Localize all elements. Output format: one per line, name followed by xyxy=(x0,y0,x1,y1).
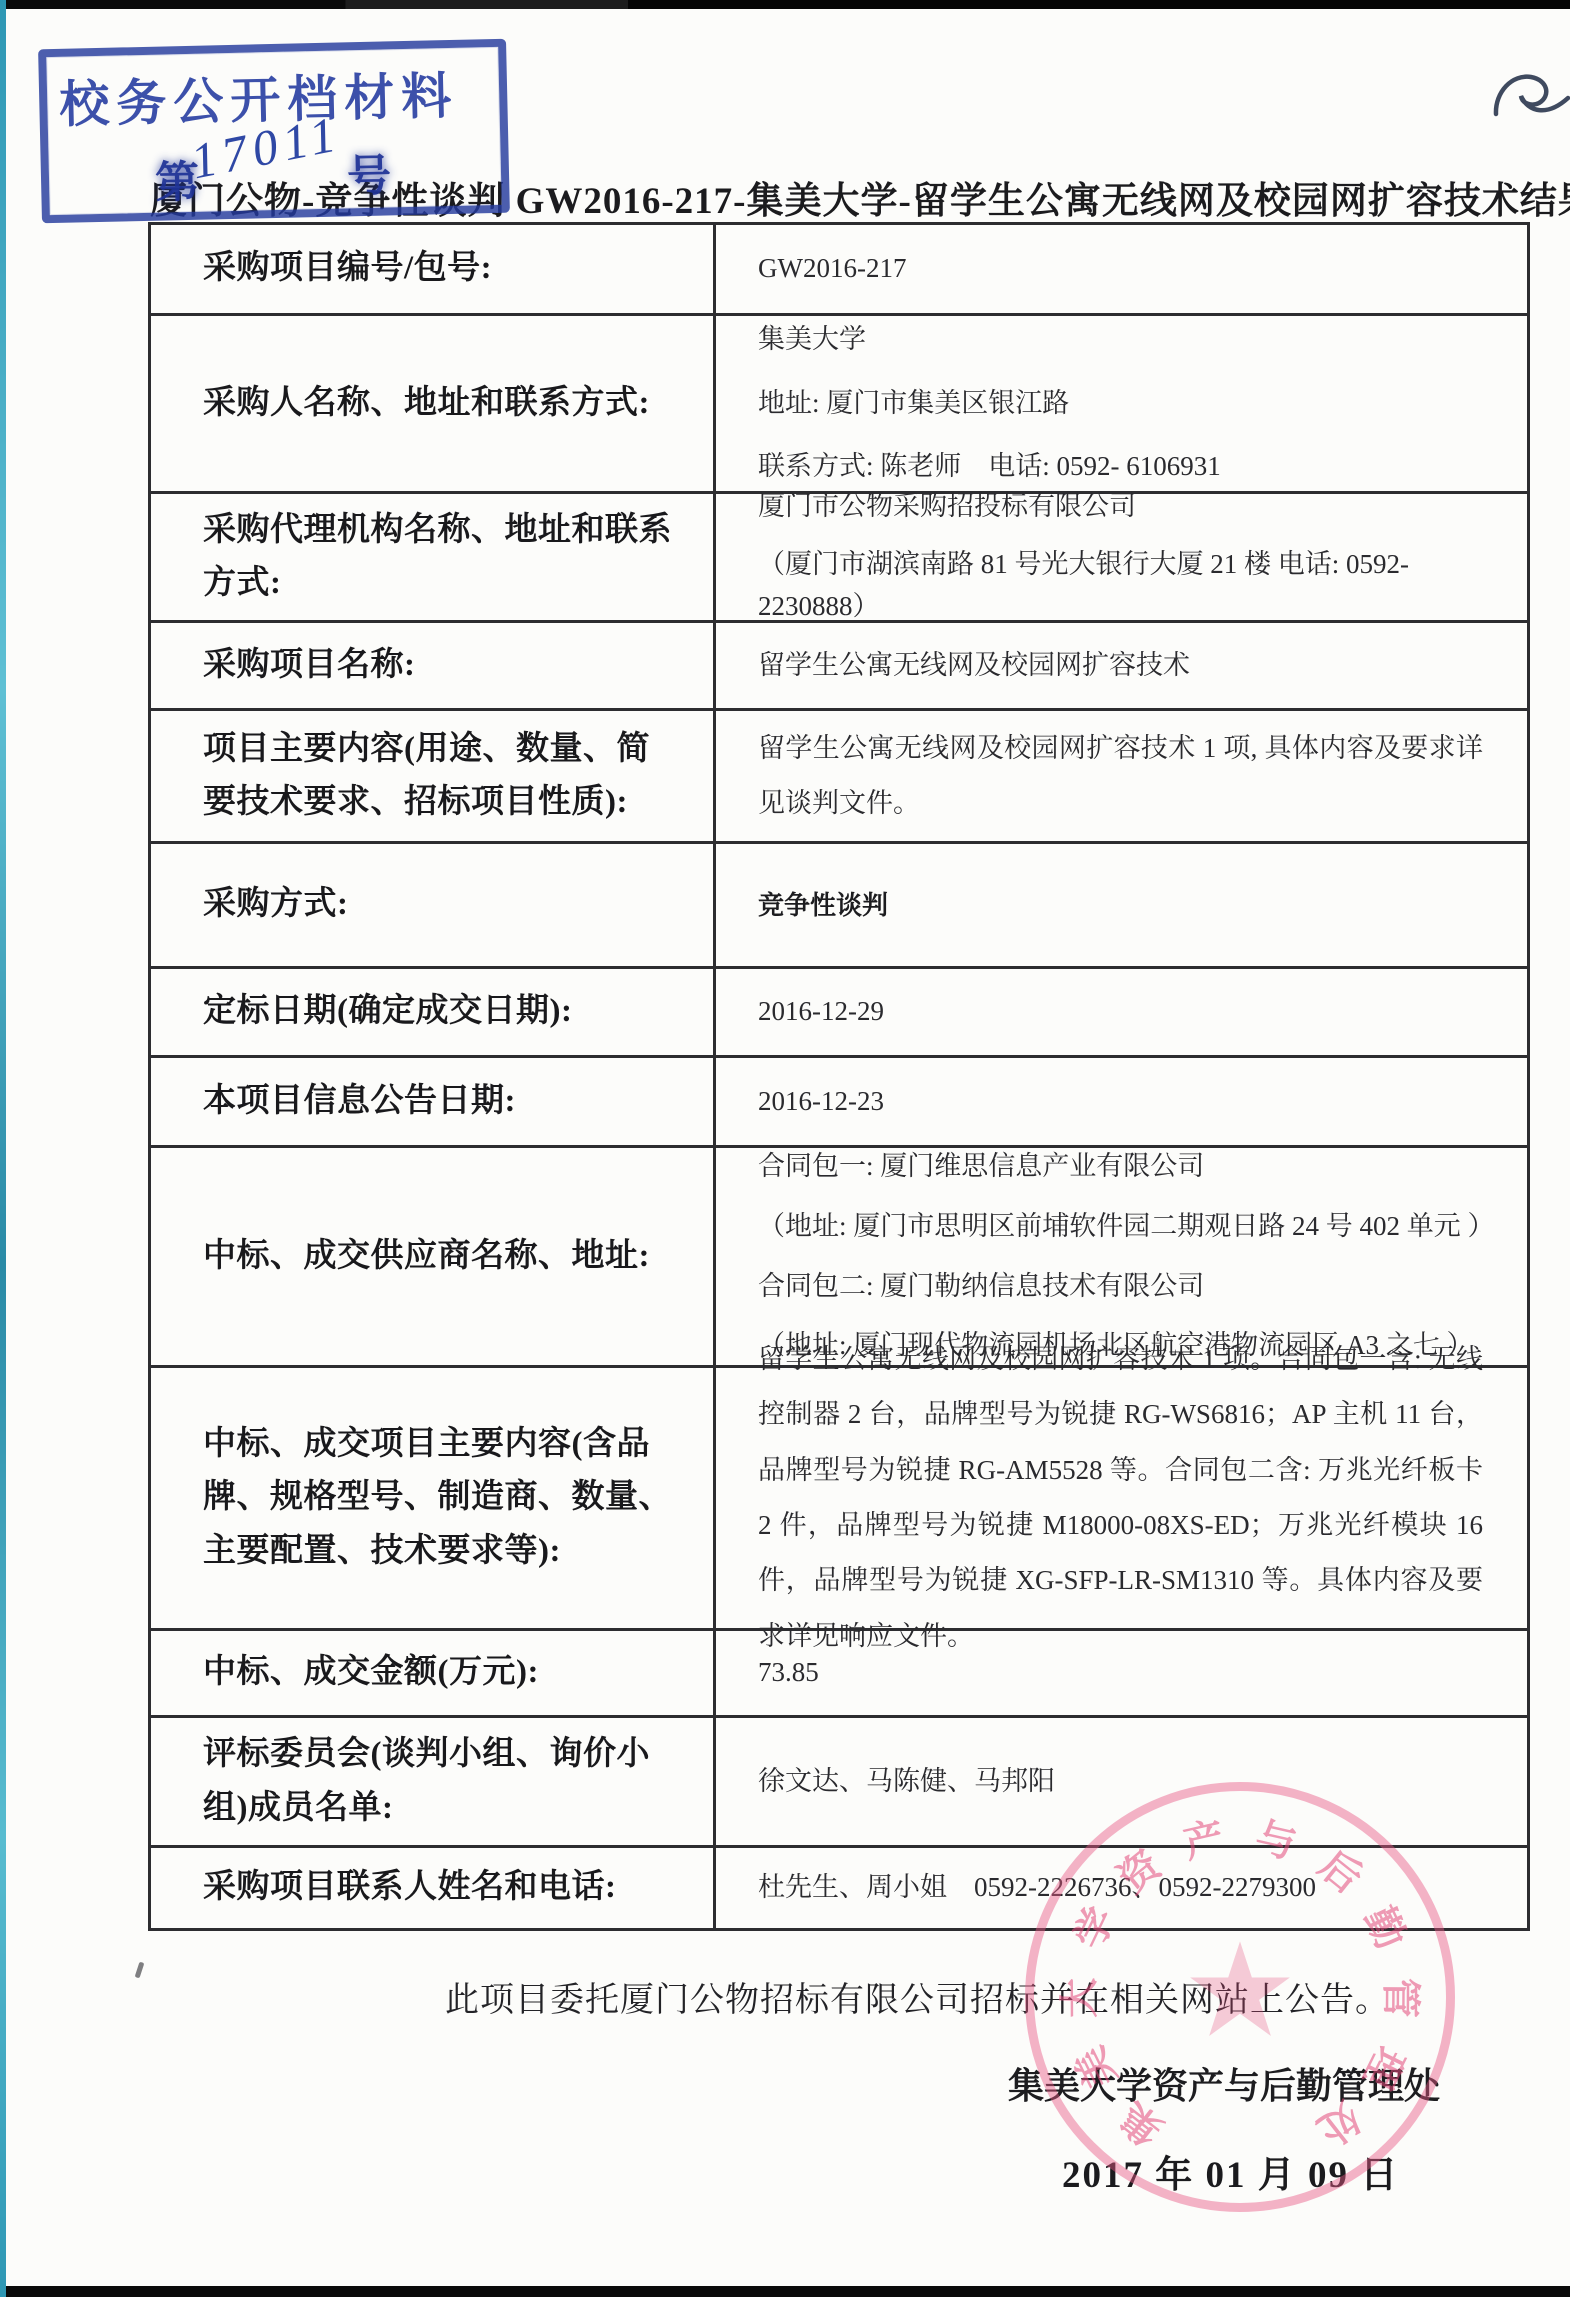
row-value: 留学生公寓无线网及校园网扩容技术 xyxy=(758,645,1483,687)
row-label-cell: 采购方式: xyxy=(151,844,716,966)
table-row: 采购方式: 竞争性谈判 xyxy=(151,841,1527,966)
scan-edge-left xyxy=(0,0,6,2297)
row-value: 厦门市公物采购招投标有限公司 xyxy=(758,486,1483,528)
row-label-cell: 定标日期(确定成交日期): xyxy=(151,969,716,1055)
row-label: 采购项目名称: xyxy=(203,639,416,692)
row-label: 本项目信息公告日期: xyxy=(203,1075,516,1128)
row-label-cell: 采购项目名称: xyxy=(151,623,716,708)
row-value: 73.85 xyxy=(758,1652,1483,1694)
row-value: 留学生公寓无线网及校园网扩容技术 1 项, 具体内容及要求详见谈判文件。 xyxy=(758,721,1483,832)
seal-arc-character: 与 xyxy=(1251,1805,1305,1862)
row-label: 评标委员会(谈判小组、询价小组)成员名单: xyxy=(203,1728,679,1835)
row-value: 合同包一: 厦门维思信息产业有限公司 xyxy=(758,1146,1483,1188)
seal-arc-character: 集 xyxy=(1104,2097,1168,2162)
row-label-cell: 采购代理机构名称、地址和联系方式: xyxy=(151,494,716,620)
table-row: 采购项目编号/包号: GW2016-217 xyxy=(151,225,1527,313)
row-value: 联系方式: 陈老师 电话: 0592- 6106931 xyxy=(758,446,1483,488)
seal-arc-character: 管 xyxy=(1384,1976,1432,2020)
scan-speck xyxy=(135,1962,145,1979)
row-value: 徐文达、马陈健、马邦阳 xyxy=(758,1761,1483,1803)
row-label: 采购代理机构名称、地址和联系方式: xyxy=(203,504,679,611)
scan-edge-top xyxy=(0,0,1570,9)
table-row: 本项目信息公告日期: 2016-12-23 xyxy=(151,1055,1527,1145)
scan-edge-bottom xyxy=(0,2286,1570,2297)
seal-arc-character: 理 xyxy=(1360,2041,1422,2102)
row-label: 中标、成交项目主要内容(含品牌、规格型号、制造商、数量、主要配置、技术要求等): xyxy=(203,1418,679,1578)
row-value-cell: 留学生公寓无线网及校园网扩容技术 1 项, 具体内容及要求详见谈判文件。 xyxy=(716,711,1527,841)
seal-star-icon: ★ xyxy=(1182,1914,1299,2067)
row-label: 采购项目联系人姓名和电话: xyxy=(203,1861,617,1914)
seal-arc-character: 资 xyxy=(1103,1833,1167,1898)
row-label: 中标、成交金额(万元): xyxy=(203,1646,539,1699)
table-row: 采购代理机构名称、地址和联系方式: 厦门市公物采购招投标有限公司 （厦门市湖滨南… xyxy=(151,491,1527,620)
row-label-cell: 采购人名称、地址和联系方式: xyxy=(151,316,716,491)
row-value: GW2016-217 xyxy=(758,248,1483,290)
seal-arc-character: 学 xyxy=(1057,1895,1119,1955)
row-label-cell: 采购项目联系人姓名和电话: xyxy=(151,1848,716,1928)
row-value-cell: 留学生公寓无线网及校园网扩容技术 1 项。合同包一含: 无线控制器 2 台，品牌… xyxy=(716,1368,1527,1628)
row-value: 合同包二: 厦门勒纳信息技术有限公司 xyxy=(758,1266,1483,1308)
handwritten-pen-mark-icon xyxy=(1488,60,1570,142)
announcement-table: 采购项目编号/包号: GW2016-217 采购人名称、地址和联系方式: 集美大… xyxy=(148,222,1530,1931)
row-label: 采购人名称、地址和联系方式: xyxy=(203,377,650,430)
row-value-cell: 竞争性谈判 xyxy=(716,844,1527,966)
row-label-cell: 中标、成交供应商名称、地址: xyxy=(151,1148,716,1365)
table-row: 中标、成交金额(万元): 73.85 xyxy=(151,1628,1527,1715)
row-label: 项目主要内容(用途、数量、简要技术要求、招标项目性质): xyxy=(203,723,679,830)
row-label: 中标、成交供应商名称、地址: xyxy=(203,1230,650,1283)
row-value: 地址: 厦门市集美区银江路 xyxy=(758,383,1483,425)
table-row: 中标、成交项目主要内容(含品牌、规格型号、制造商、数量、主要配置、技术要求等):… xyxy=(151,1365,1527,1628)
seal-arc-character: 后 xyxy=(1313,1833,1377,1898)
row-value-cell: 集美大学 地址: 厦门市集美区银江路 联系方式: 陈老师 电话: 0592- 6… xyxy=(716,316,1527,491)
scanned-document-page: 厦门公物-竞争性谈判 GW2016-217-集美大学-留学生公寓无线网及校园网扩… xyxy=(0,0,1570,2297)
row-value: 竞争性谈判 xyxy=(758,885,1483,925)
row-label-cell: 项目主要内容(用途、数量、简要技术要求、招标项目性质): xyxy=(151,711,716,841)
row-label-cell: 中标、成交金额(万元): xyxy=(151,1631,716,1715)
row-label-cell: 评标委员会(谈判小组、询价小组)成员名单: xyxy=(151,1718,716,1845)
row-value-cell: GW2016-217 xyxy=(716,225,1527,313)
row-value-cell: 2016-12-23 xyxy=(716,1058,1527,1145)
stamp-glyph-right: 号 xyxy=(346,139,391,204)
row-value: 留学生公寓无线网及校园网扩容技术 1 项。合同包一含: 无线控制器 2 台，品牌… xyxy=(758,1332,1483,1664)
row-label-cell: 采购项目编号/包号: xyxy=(151,225,716,313)
seal-arc-character: 美 xyxy=(1058,2041,1120,2102)
table-row: 采购人名称、地址和联系方式: 集美大学 地址: 厦门市集美区银江路 联系方式: … xyxy=(151,313,1527,491)
seal-arc-character: 处 xyxy=(1311,2097,1375,2162)
row-label: 采购方式: xyxy=(203,878,349,931)
table-row: 定标日期(确定成交日期): 2016-12-29 xyxy=(151,966,1527,1055)
row-value: （厦门市湖滨南路 81 号光大银行大厦 21 楼 电话: 0592-223088… xyxy=(758,544,1483,628)
table-row: 项目主要内容(用途、数量、简要技术要求、招标项目性质): 留学生公寓无线网及校园… xyxy=(151,708,1527,841)
row-value-cell: 2016-12-29 xyxy=(716,969,1527,1055)
row-label: 采购项目编号/包号: xyxy=(203,242,492,295)
seal-arc-character: 大 xyxy=(1048,1976,1096,2020)
seal-arc-character: 勤 xyxy=(1361,1895,1423,1955)
row-value: （地址: 厦门市思明区前埔软件园二期观日路 24 号 402 单元 ） xyxy=(758,1206,1483,1248)
table-row: 采购项目名称: 留学生公寓无线网及校园网扩容技术 xyxy=(151,620,1527,708)
row-value: 2016-12-23 xyxy=(758,1081,1483,1123)
row-label-cell: 中标、成交项目主要内容(含品牌、规格型号、制造商、数量、主要配置、技术要求等): xyxy=(151,1368,716,1628)
red-official-seal: ★ 集美大学资产与后勤管理处 xyxy=(1025,1782,1455,2212)
row-value-cell: 留学生公寓无线网及校园网扩容技术 xyxy=(716,623,1527,708)
row-value: 2016-12-29 xyxy=(758,991,1483,1033)
row-label: 定标日期(确定成交日期): xyxy=(203,985,572,1038)
row-value-cell: 73.85 xyxy=(716,1631,1527,1715)
row-value: 集美大学 xyxy=(758,319,1483,361)
row-value-cell: 厦门市公物采购招投标有限公司 （厦门市湖滨南路 81 号光大银行大厦 21 楼 … xyxy=(716,494,1527,620)
blue-archive-stamp: 校务公开档材料 第 17011 号 xyxy=(38,39,510,224)
seal-arc-character: 产 xyxy=(1176,1805,1230,1862)
row-label-cell: 本项目信息公告日期: xyxy=(151,1058,716,1145)
